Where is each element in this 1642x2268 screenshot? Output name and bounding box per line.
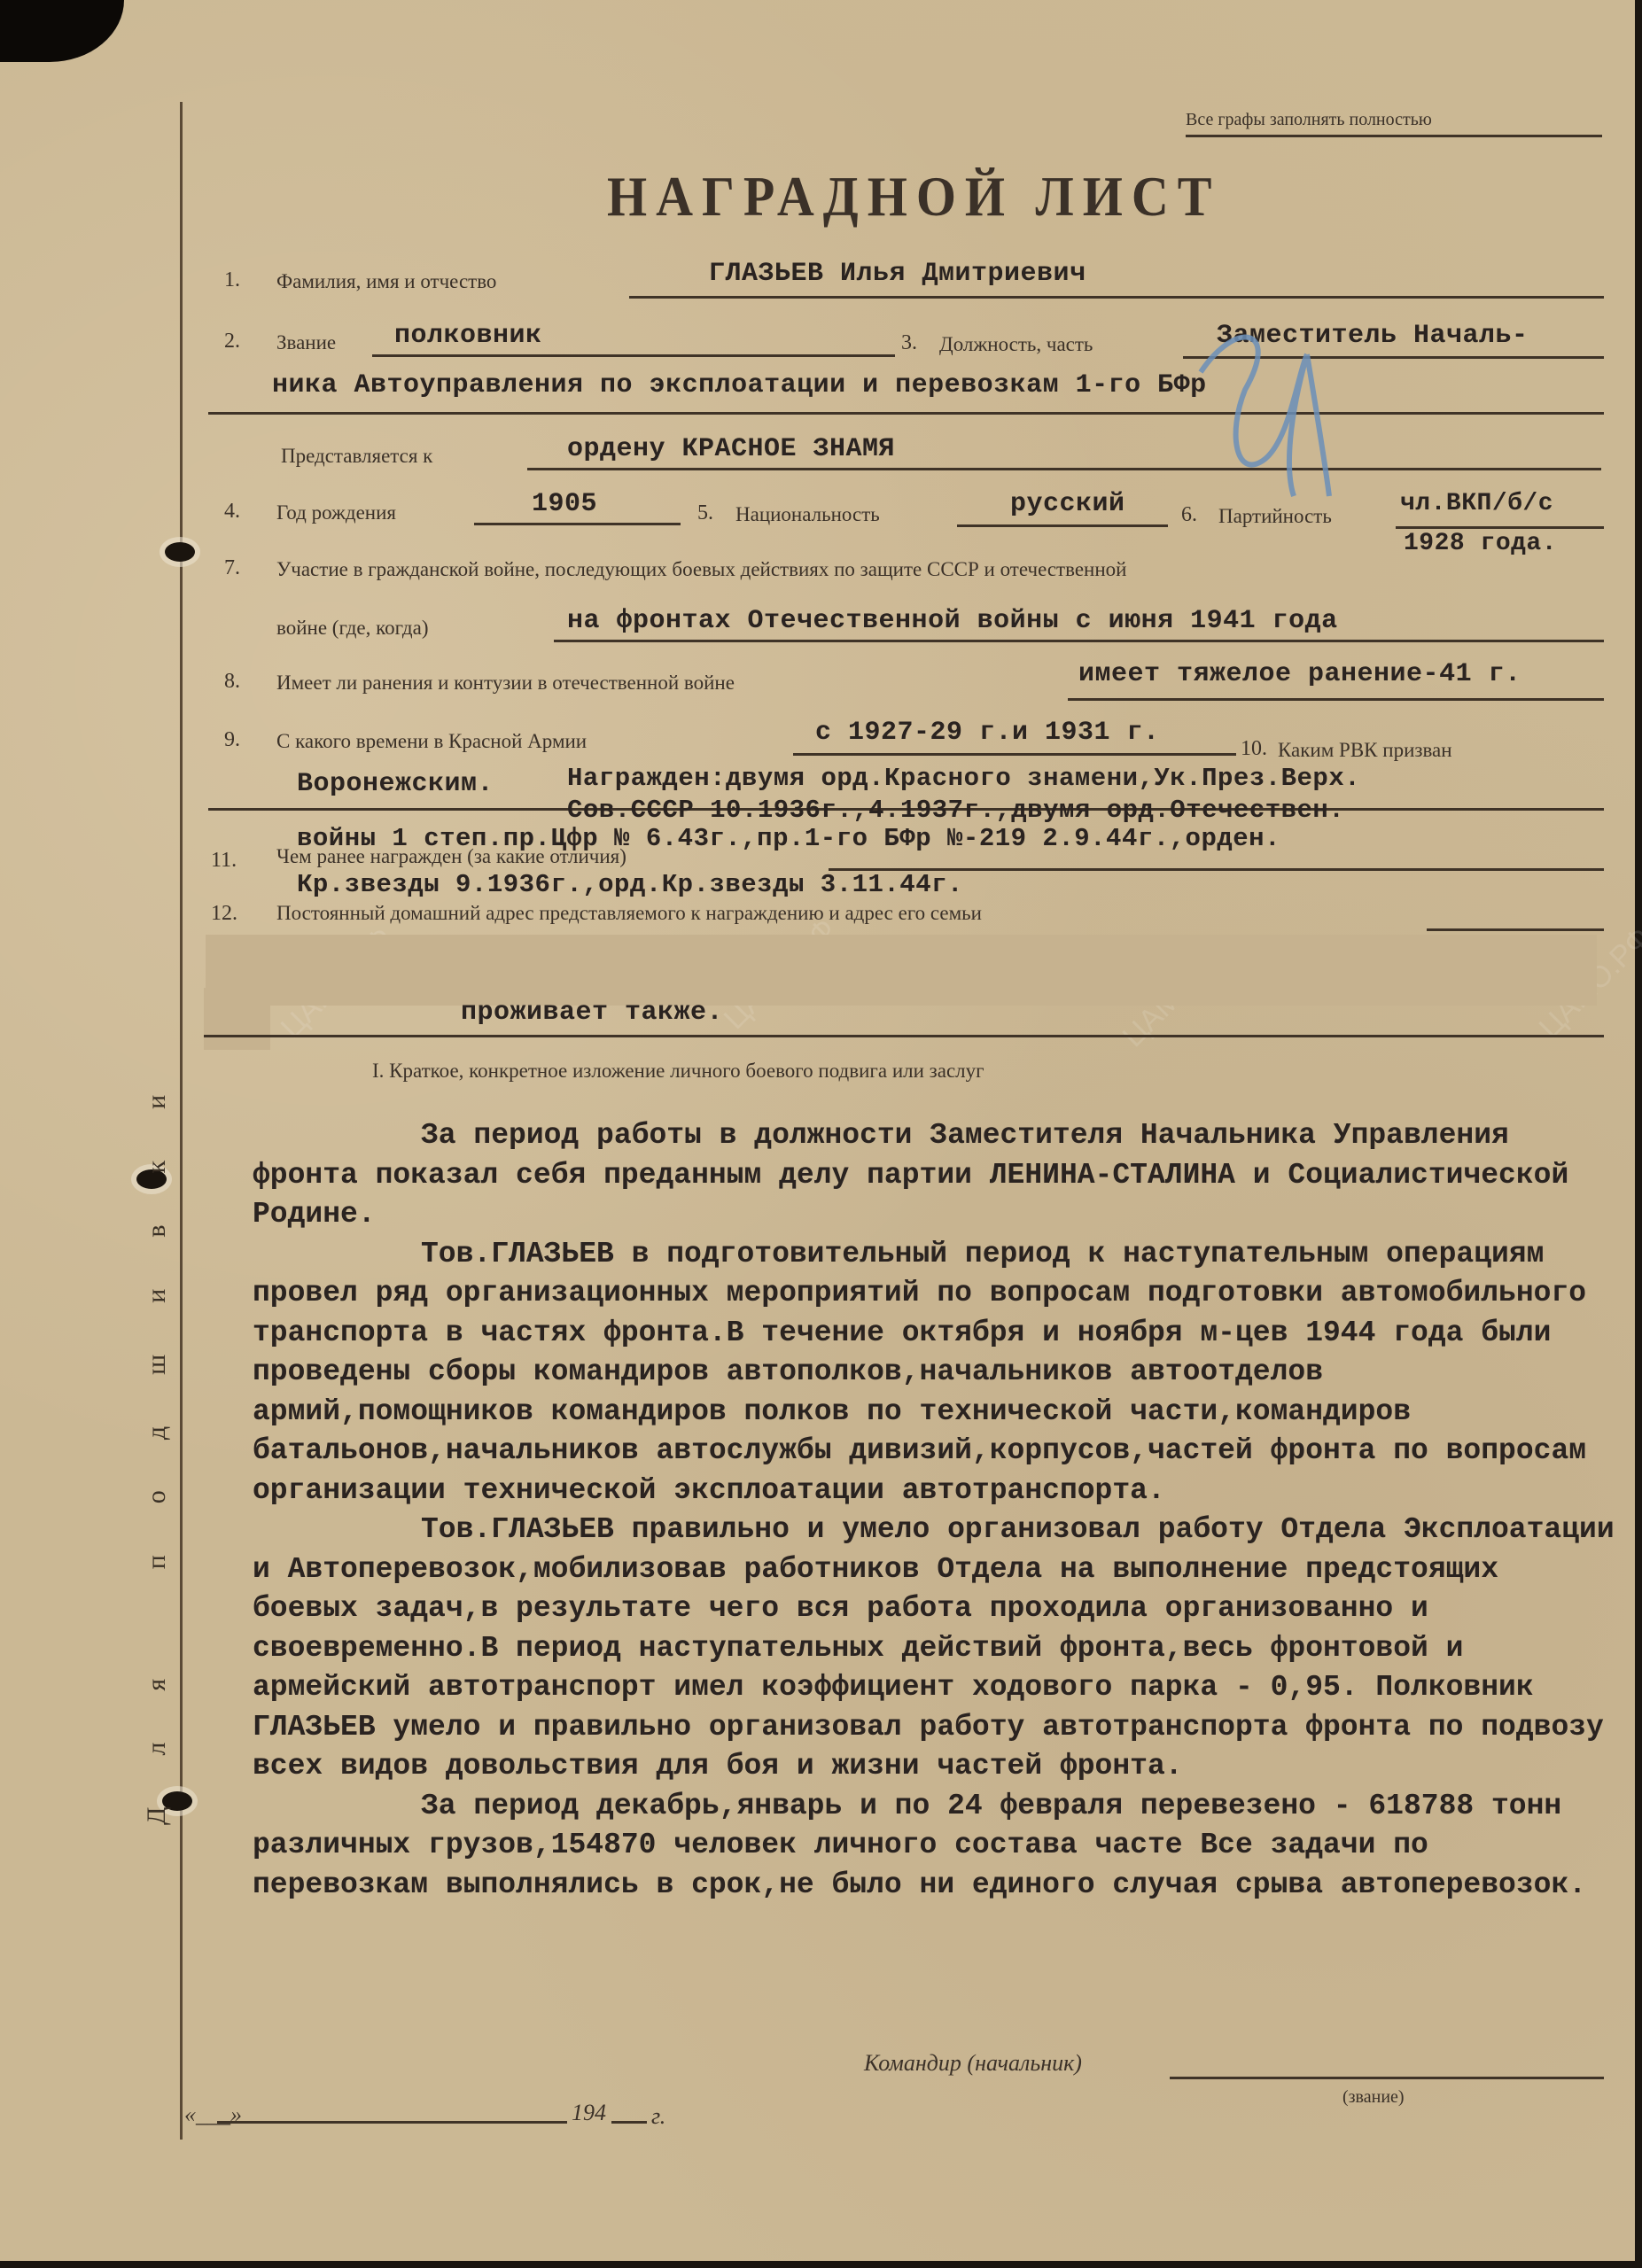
field-label-combat-participation-line2: войне (где, когда) <box>276 617 429 640</box>
underline <box>204 1035 1604 1037</box>
field-value-combat-participation: на фронтах Отечественной войны с июня 19… <box>567 606 1338 636</box>
field-number: 1. <box>224 268 240 292</box>
underline <box>957 524 1168 527</box>
underline <box>372 354 895 357</box>
year-fragment: 194 <box>572 2100 606 2126</box>
award-sheet-page: Для подшивки ЦАМО.РФ ЦАМО.РФ ЦАМО.РФ ЦАМ… <box>0 0 1635 2261</box>
binding-hole <box>165 542 195 562</box>
underline <box>629 296 1604 299</box>
underline <box>554 640 1604 642</box>
underline <box>208 412 1604 415</box>
narrative-paragraph: Тов.ГЛАЗЬЕВ в подготовительный период к … <box>253 1235 1617 1511</box>
field-value-home-address: проживает также. <box>461 998 723 1028</box>
commander-signature-line <box>1170 2077 1604 2079</box>
field-value-nomination: ордену КРАСНОЕ ЗНАМЯ <box>567 434 895 464</box>
date-line <box>217 2121 567 2124</box>
binding-label: Для подшивки <box>124 620 177 1825</box>
header-note: Все графы заполнять полностью <box>1186 110 1432 130</box>
field-number: 8. <box>224 670 240 694</box>
field-number: 10. <box>1241 737 1267 761</box>
field-label-combat-participation: Участие в гражданской войне, последующих… <box>276 558 1126 581</box>
field-value-rank: полковник <box>394 321 542 351</box>
narrative-paragraph: Тов.ГЛАЗЬЕВ правильно и умело организова… <box>253 1511 1617 1787</box>
field-value-nationality: русский <box>1010 489 1125 519</box>
field-label-previous-awards: Чем ранее награжден (за какие отличия) <box>276 845 626 868</box>
document-title: НАГРАДНОЙ ЛИСТ <box>607 164 1220 229</box>
redacted-address-block <box>206 935 1597 1006</box>
binding-margin-line <box>180 102 183 2140</box>
field-value-previous-awards-line2: Сов.СССР 10.1936г.,4.1937г.,двумя орд.От… <box>567 796 1344 825</box>
torn-corner <box>0 0 124 62</box>
field-number: 3. <box>901 331 917 355</box>
date-prefix: «___» <box>184 2101 242 2128</box>
year-suffix: г. <box>651 2103 665 2130</box>
field-value-party-line2: 1928 года. <box>1404 530 1557 557</box>
field-label-position: Должность, часть <box>939 333 1093 356</box>
narrative-paragraph: За период декабрь,январь и по 24 февраля… <box>253 1787 1617 1906</box>
field-value-wounds: имеет тяжелое ранение-41 г. <box>1078 659 1521 689</box>
field-label-home-address: Постоянный домашний адрес представляемог… <box>276 902 982 925</box>
underline <box>1068 698 1604 701</box>
field-label-wounds: Имеет ли ранения и контузии в отечествен… <box>276 672 735 695</box>
field-value-full-name: ГЛАЗЬЕВ Илья Дмитриевич <box>709 259 1086 289</box>
field-label-nationality: Национальность <box>735 503 880 526</box>
field-number: 6. <box>1181 503 1197 527</box>
field-value-conscription-office: Воронежским. <box>297 769 494 799</box>
field-label-party: Партийность <box>1218 505 1332 528</box>
field-value-previous-awards-line4: Кр.звезды 9.1936г.,орд.Кр.звезды 3.11.44… <box>297 870 963 899</box>
underline <box>1396 526 1604 529</box>
field-number: 12. <box>211 902 237 926</box>
redacted-address-block <box>204 988 270 1050</box>
underline <box>1427 928 1604 931</box>
rank-caption: (звание) <box>1342 2087 1405 2108</box>
underline <box>793 753 1236 756</box>
merit-narrative: За период работы в должности Заместителя… <box>253 1116 1617 1905</box>
field-value-army-since: с 1927-29 г.и 1931 г. <box>815 718 1160 748</box>
field-value-previous-awards-line1: Награжден:двумя орд.Красного знамени,Ук.… <box>567 764 1360 793</box>
year-line <box>611 2121 647 2124</box>
field-value-party-line1: чл.ВКП/б/с <box>1400 490 1553 517</box>
field-label-nomination: Представляется к <box>281 445 432 468</box>
field-label-rank: Звание <box>276 331 336 354</box>
field-number: 9. <box>224 728 240 752</box>
section-heading: I. Краткое, конкретное изложение личного… <box>372 1060 984 1083</box>
header-note-underline <box>1186 135 1602 137</box>
field-number: 7. <box>224 556 240 580</box>
field-number: 4. <box>224 500 240 524</box>
field-label-full-name: Фамилия, имя и отчество <box>276 270 496 293</box>
narrative-paragraph: За период работы в должности Заместителя… <box>253 1116 1617 1235</box>
underline <box>527 468 1601 470</box>
field-label-conscription-office: Каким РВК призван <box>1278 739 1452 762</box>
commander-label: Командир (начальник) <box>864 2050 1082 2077</box>
field-value-birth-year: 1905 <box>532 489 597 519</box>
field-label-army-since: С какого времени в Красной Армии <box>276 730 587 753</box>
pencil-signature-mark <box>1183 319 1342 505</box>
field-number: 2. <box>224 330 240 353</box>
field-number: 5. <box>697 501 713 525</box>
field-value-position-line2: ника Автоуправления по эксплоатации и пе… <box>272 370 1207 400</box>
field-number: 11. <box>211 849 237 873</box>
underline <box>474 523 681 525</box>
field-label-birth-year: Год рождения <box>276 501 396 524</box>
